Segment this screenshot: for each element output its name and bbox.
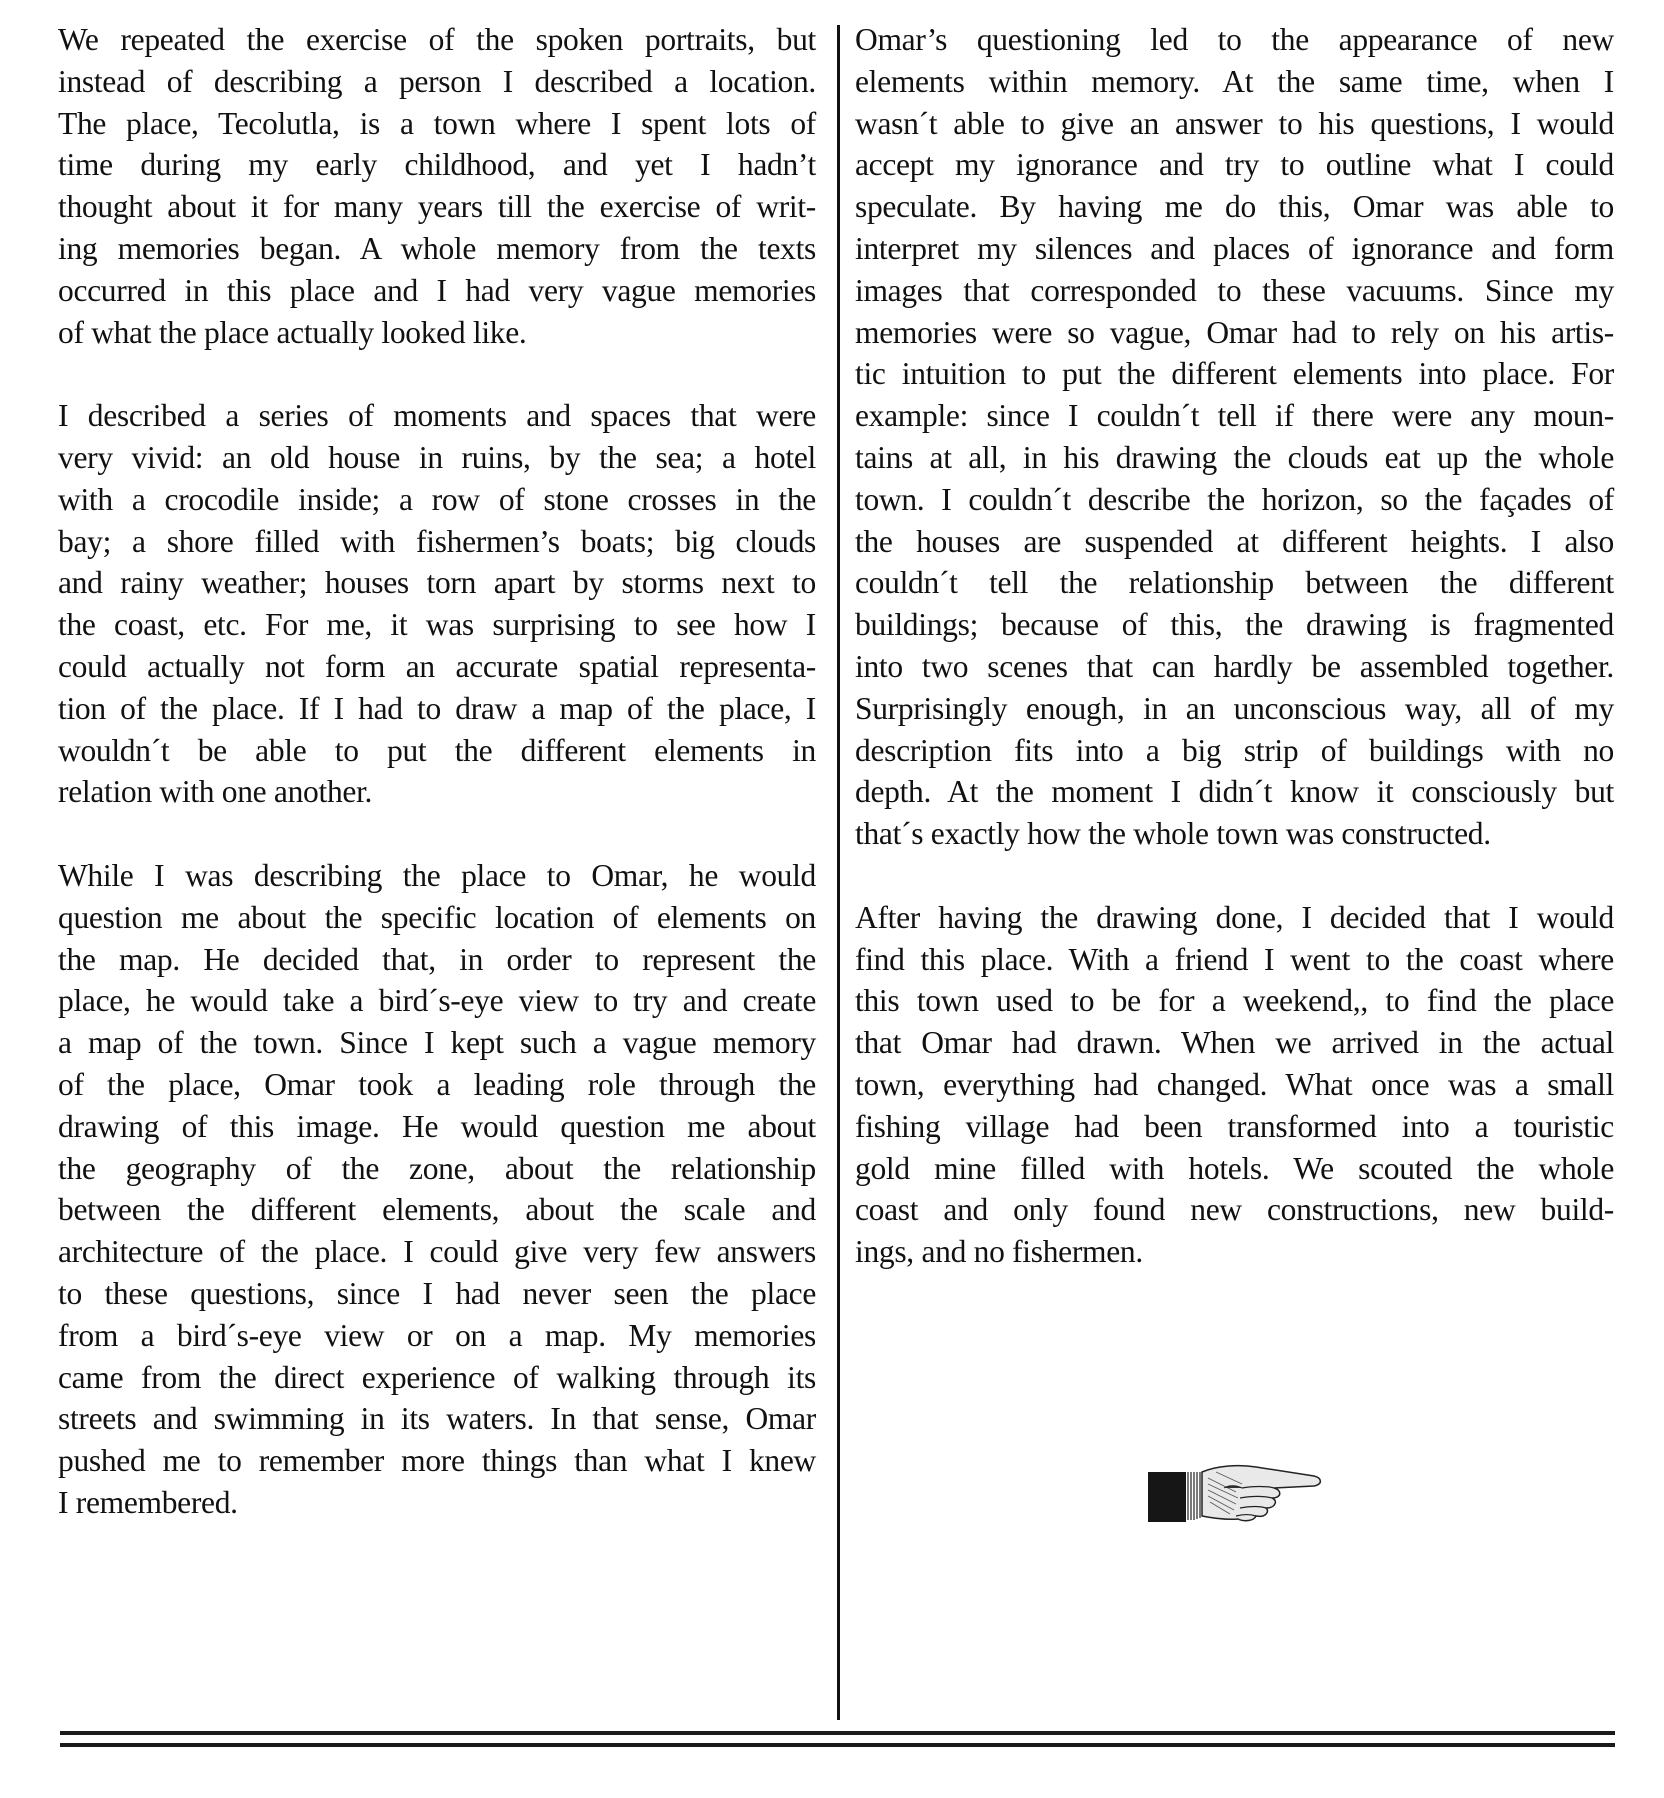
paragraph-gap xyxy=(855,855,1614,897)
text-line: buildings; because of this, the drawing … xyxy=(855,604,1614,646)
text-line: ings, and no fishermen. xyxy=(855,1231,1614,1273)
text-line: to these questions, since I had never se… xyxy=(58,1273,816,1315)
text-line: the geography of the zone, about the rel… xyxy=(58,1148,816,1190)
text-line: ing memories began. A whole memory from … xyxy=(58,228,816,270)
text-line: relation with one another. xyxy=(58,771,816,813)
text-line: couldn´t tell the relationship between t… xyxy=(855,562,1614,604)
text-line: accept my ignorance and try to outline w… xyxy=(855,144,1614,186)
text-line: Surprisingly enough, in an unconscious w… xyxy=(855,688,1614,730)
paragraph-gap xyxy=(58,813,816,855)
text-line: into two scenes that can hardly be assem… xyxy=(855,646,1614,688)
text-line: of what the place actually looked like. xyxy=(58,312,816,354)
text-line: We repeated the exercise of the spoken p… xyxy=(58,19,816,61)
text-line: images that corresponded to these vacuum… xyxy=(855,270,1614,312)
text-line: the houses are suspended at different he… xyxy=(855,521,1614,563)
text-line: town, everything had changed. What once … xyxy=(855,1064,1614,1106)
text-line: could actually not form an accurate spat… xyxy=(58,646,816,688)
text-line: description fits into a big strip of bui… xyxy=(855,730,1614,772)
text-line: streets and swimming in its waters. In t… xyxy=(58,1398,816,1440)
text-line: drawing of this image. He would question… xyxy=(58,1106,816,1148)
text-line: example: since I couldn´t tell if there … xyxy=(855,395,1614,437)
paragraph: We repeated the exercise of the spoken p… xyxy=(58,19,816,353)
text-line: town. I couldn´t describe the horizon, s… xyxy=(855,479,1614,521)
left-column: We repeated the exercise of the spoken p… xyxy=(58,19,816,1524)
text-line: Omar’s questioning led to the appearance… xyxy=(855,19,1614,61)
text-line: that Omar had drawn. When we arrived in … xyxy=(855,1022,1614,1064)
text-line: speculate. By having me do this, Omar wa… xyxy=(855,186,1614,228)
text-line: question me about the specific location … xyxy=(58,897,816,939)
text-line: with a crocodile inside; a row of stone … xyxy=(58,479,816,521)
text-line: very vivid: an old house in ruins, by th… xyxy=(58,437,816,479)
text-line: came from the direct experience of walki… xyxy=(58,1357,816,1399)
text-line: the coast, etc. For me, it was surprisin… xyxy=(58,604,816,646)
text-line: memories were so vague, Omar had to rely… xyxy=(855,312,1614,354)
text-line: gold mine filled with hotels. We scouted… xyxy=(855,1148,1614,1190)
text-line: architecture of the place. I could give … xyxy=(58,1231,816,1273)
text-line: interpret my silences and places of igno… xyxy=(855,228,1614,270)
footer-rule-bottom xyxy=(60,1743,1615,1747)
pointing-hand-icon xyxy=(1146,1458,1326,1528)
text-line: While I was describing the place to Omar… xyxy=(58,855,816,897)
text-line: thought about it for many years till the… xyxy=(58,186,816,228)
text-line: I remembered. xyxy=(58,1482,816,1524)
paragraph: While I was describing the place to Omar… xyxy=(58,855,816,1524)
paragraph: Omar’s questioning led to the appearance… xyxy=(855,19,1614,855)
text-line: depth. At the moment I didn´t know it co… xyxy=(855,771,1614,813)
paragraph-gap xyxy=(58,353,816,395)
text-line: tic intuition to put the different eleme… xyxy=(855,353,1614,395)
paragraph: After having the drawing done, I decided… xyxy=(855,897,1614,1273)
text-line: After having the drawing done, I decided… xyxy=(855,897,1614,939)
text-line: a map of the town. Since I kept such a v… xyxy=(58,1022,816,1064)
text-line: find this place. With a friend I went to… xyxy=(855,939,1614,981)
text-line: coast and only found new constructions, … xyxy=(855,1189,1614,1231)
text-line: from a bird´s-eye view or on a map. My m… xyxy=(58,1315,816,1357)
right-column: Omar’s questioning led to the appearance… xyxy=(855,19,1614,1273)
text-line: The place, Tecolutla, is a town where I … xyxy=(58,103,816,145)
text-line: elements within memory. At the same time… xyxy=(855,61,1614,103)
text-line: this town used to be for a weekend,, to … xyxy=(855,980,1614,1022)
text-line: tion of the place. If I had to draw a ma… xyxy=(58,688,816,730)
text-line: that´s exactly how the whole town was co… xyxy=(855,813,1614,855)
text-line: wasn´t able to give an answer to his que… xyxy=(855,103,1614,145)
text-line: wouldn´t be able to put the different el… xyxy=(58,730,816,772)
text-line: bay; a shore filled with fishermen’s boa… xyxy=(58,521,816,563)
text-line: occurred in this place and I had very va… xyxy=(58,270,816,312)
text-line: the map. He decided that, in order to re… xyxy=(58,939,816,981)
text-line: I described a series of moments and spac… xyxy=(58,395,816,437)
text-line: time during my early childhood, and yet … xyxy=(58,144,816,186)
paragraph: I described a series of moments and spac… xyxy=(58,395,816,813)
text-line: fishing village had been transformed int… xyxy=(855,1106,1614,1148)
text-line: between the different elements, about th… xyxy=(58,1189,816,1231)
column-divider xyxy=(837,25,840,1720)
text-line: place, he would take a bird´s-eye view t… xyxy=(58,980,816,1022)
text-line: of the place, Omar took a leading role t… xyxy=(58,1064,816,1106)
text-line: instead of describing a person I describ… xyxy=(58,61,816,103)
text-line: and rainy weather; houses torn apart by … xyxy=(58,562,816,604)
text-line: pushed me to remember more things than w… xyxy=(58,1440,816,1482)
text-line: tains at all, in his drawing the clouds … xyxy=(855,437,1614,479)
footer-rule-top xyxy=(60,1731,1615,1735)
